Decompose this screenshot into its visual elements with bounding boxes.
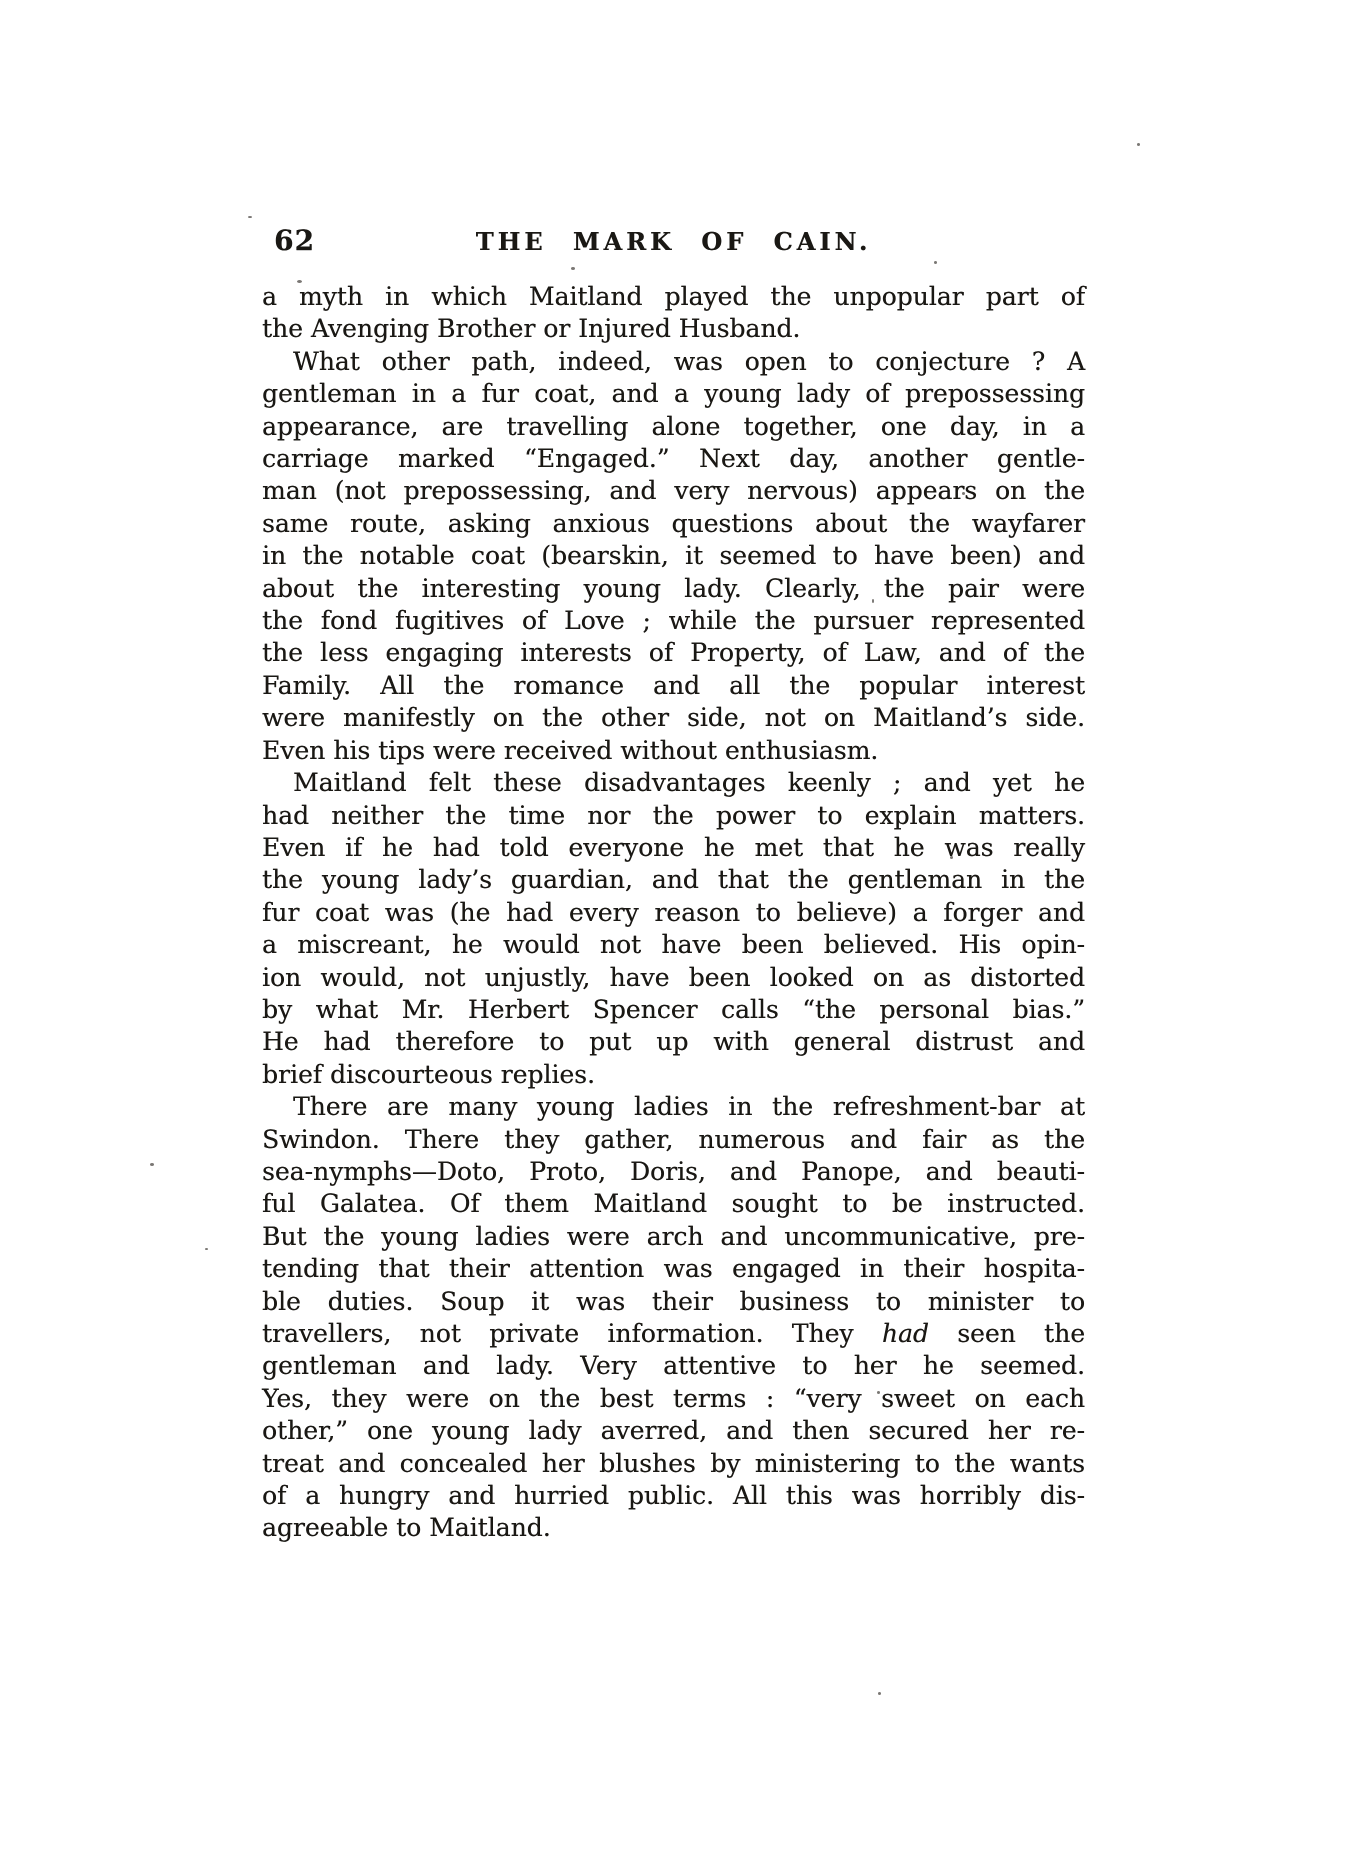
text-segment: same route, asking anxious questions abo… bbox=[262, 509, 1085, 538]
text-line: travellers, not private information. The… bbox=[262, 1318, 1085, 1350]
text-segment: treat and concealed her blushes by minis… bbox=[262, 1449, 1085, 1478]
scan-speck bbox=[205, 1248, 208, 1250]
text-segment: gentleman in a fur coat, and a young lad… bbox=[262, 379, 1085, 408]
text-segment: of a hungry and hurried public. All this… bbox=[262, 1481, 1085, 1510]
text-line: He had therefore to put up with general … bbox=[262, 1026, 1085, 1058]
text-line: had neither the time nor the power to ex… bbox=[262, 800, 1085, 832]
text-segment: Even his tips were received without enth… bbox=[262, 736, 878, 765]
text-line: But the young ladies were arch and uncom… bbox=[262, 1221, 1085, 1253]
paragraph: Maitland felt these disadvantages keenly… bbox=[262, 767, 1085, 1091]
text-segment: seen the bbox=[929, 1319, 1085, 1348]
text-line: in the notable coat (bearskin, it seemed… bbox=[262, 540, 1085, 572]
paragraph: What other path, indeed, was open to con… bbox=[262, 346, 1085, 767]
text-line: What other path, indeed, was open to con… bbox=[262, 346, 1085, 378]
text-segment: ion would, not unjustly, have been looke… bbox=[262, 963, 1085, 992]
text-line: Family. All the romance and all the popu… bbox=[262, 670, 1085, 702]
text-segment: ble duties. Soup it was their business t… bbox=[262, 1287, 1085, 1316]
text-segment: a miscreant, he would not have been beli… bbox=[262, 930, 1085, 959]
scan-speck bbox=[297, 280, 302, 283]
text-line: agreeable to Maitland. bbox=[262, 1512, 1085, 1544]
text-line: appearance, are travelling alone togethe… bbox=[262, 411, 1085, 443]
text-segment: agreeable to Maitland. bbox=[262, 1513, 551, 1542]
text-segment: He had therefore to put up with general … bbox=[262, 1027, 1085, 1056]
text-block: a myth in which Maitland played the unpo… bbox=[262, 281, 1085, 1545]
scan-speck bbox=[872, 599, 874, 603]
text-segment: appearance, are travelling alone togethe… bbox=[262, 412, 1085, 441]
text-segment: fur coat was (he had every reason to bel… bbox=[262, 898, 1085, 927]
text-line: about the interesting young lady. Clearl… bbox=[262, 573, 1085, 605]
text-line: other,” one young lady averred, and then… bbox=[262, 1415, 1085, 1447]
scan-speck bbox=[950, 856, 953, 859]
text-line: a myth in which Maitland played the unpo… bbox=[262, 281, 1085, 313]
text-line: of a hungry and hurried public. All this… bbox=[262, 1480, 1085, 1512]
page-header: 62 THE MARK OF CAIN. bbox=[262, 224, 1085, 262]
text-line: a miscreant, he would not have been beli… bbox=[262, 929, 1085, 961]
scan-speck bbox=[571, 267, 575, 270]
text-line: tending that their attention was engaged… bbox=[262, 1253, 1085, 1285]
text-segment: by what Mr. Herbert Spencer calls “the p… bbox=[262, 995, 1085, 1024]
text-line: the fond fugitives of Love ; while the p… bbox=[262, 605, 1085, 637]
text-line: the young lady’s guardian, and that the … bbox=[262, 864, 1085, 896]
text-line: ion would, not unjustly, have been looke… bbox=[262, 962, 1085, 994]
text-segment: There are many young ladies in the refre… bbox=[293, 1092, 1085, 1121]
text-segment: Even if he had told everyone he met that… bbox=[262, 833, 1085, 862]
text-line: by what Mr. Herbert Spencer calls “the p… bbox=[262, 994, 1085, 1026]
text-segment: other,” one young lady averred, and then… bbox=[262, 1416, 1085, 1445]
text-segment: about the interesting young lady. Clearl… bbox=[262, 574, 1085, 603]
paragraph: There are many young ladies in the refre… bbox=[262, 1091, 1085, 1545]
text-line: Yes, they were on the best terms : “very… bbox=[262, 1383, 1085, 1415]
text-segment: in the notable coat (bearskin, it seemed… bbox=[262, 541, 1085, 570]
text-segment: the young lady’s guardian, and that the … bbox=[262, 865, 1085, 894]
text-segment: sea-nymphs—Doto, Proto, Doris, and Panop… bbox=[262, 1157, 1085, 1186]
text-line: sea-nymphs—Doto, Proto, Doris, and Panop… bbox=[262, 1156, 1085, 1188]
text-segment: tending that their attention was engaged… bbox=[262, 1254, 1085, 1283]
text-line: carriage marked “Engaged.” Next day, ano… bbox=[262, 443, 1085, 475]
running-title: THE MARK OF CAIN. bbox=[262, 227, 1085, 256]
italic-text: had bbox=[882, 1319, 929, 1348]
text-line: the less engaging interests of Property,… bbox=[262, 637, 1085, 669]
text-line: the Avenging Brother or Injured Husband. bbox=[262, 313, 1085, 345]
text-line: gentleman in a fur coat, and a young lad… bbox=[262, 378, 1085, 410]
text-segment: But the young ladies were arch and uncom… bbox=[262, 1222, 1085, 1251]
text-segment: a myth in which Maitland played the unpo… bbox=[262, 282, 1085, 311]
scan-speck bbox=[248, 216, 252, 218]
text-line: Even his tips were received without enth… bbox=[262, 735, 1085, 767]
text-line: ful Galatea. Of them Maitland sought to … bbox=[262, 1188, 1085, 1220]
text-line: gentleman and lady. Very attentive to he… bbox=[262, 1350, 1085, 1382]
text-segment: Swindon. There they gather, numerous and… bbox=[262, 1125, 1085, 1154]
text-segment: the Avenging Brother or Injured Husband. bbox=[262, 314, 800, 343]
scan-speck bbox=[1137, 143, 1140, 146]
text-line: Even if he had told everyone he met that… bbox=[262, 832, 1085, 864]
scan-speck bbox=[962, 492, 965, 495]
text-line: brief discourteous replies. bbox=[262, 1059, 1085, 1091]
text-segment: ful Galatea. Of them Maitland sought to … bbox=[262, 1189, 1085, 1218]
text-segment: had neither the time nor the power to ex… bbox=[262, 801, 1085, 830]
scan-speck bbox=[934, 261, 937, 264]
text-line: Swindon. There they gather, numerous and… bbox=[262, 1124, 1085, 1156]
text-segment: man (not prepossessing, and very nervous… bbox=[262, 476, 1085, 505]
scan-speck bbox=[150, 1163, 154, 1166]
text-line: Maitland felt these disadvantages keenly… bbox=[262, 767, 1085, 799]
scan-speck bbox=[878, 1692, 881, 1695]
text-segment: Maitland felt these disadvantages keenly… bbox=[293, 768, 1085, 797]
book-page: 62 THE MARK OF CAIN. a myth in which Mai… bbox=[0, 0, 1354, 1851]
scan-speck bbox=[877, 1391, 880, 1394]
text-segment: the fond fugitives of Love ; while the p… bbox=[262, 606, 1085, 635]
text-segment: Yes, they were on the best terms : “very… bbox=[262, 1384, 1085, 1413]
text-line: fur coat was (he had every reason to bel… bbox=[262, 897, 1085, 929]
text-segment: travellers, not private information. The… bbox=[262, 1319, 882, 1348]
text-line: were manifestly on the other side, not o… bbox=[262, 702, 1085, 734]
text-segment: were manifestly on the other side, not o… bbox=[262, 703, 1085, 732]
text-segment: the less engaging interests of Property,… bbox=[262, 638, 1085, 667]
text-segment: carriage marked “Engaged.” Next day, ano… bbox=[262, 444, 1085, 473]
paragraph: a myth in which Maitland played the unpo… bbox=[262, 281, 1085, 346]
text-line: There are many young ladies in the refre… bbox=[262, 1091, 1085, 1123]
text-segment: gentleman and lady. Very attentive to he… bbox=[262, 1351, 1085, 1380]
text-segment: What other path, indeed, was open to con… bbox=[293, 347, 1085, 376]
scan-speck bbox=[936, 812, 939, 815]
text-line: same route, asking anxious questions abo… bbox=[262, 508, 1085, 540]
text-segment: Family. All the romance and all the popu… bbox=[262, 671, 1085, 700]
text-line: treat and concealed her blushes by minis… bbox=[262, 1448, 1085, 1480]
text-segment: brief discourteous replies. bbox=[262, 1060, 595, 1089]
text-line: ble duties. Soup it was their business t… bbox=[262, 1286, 1085, 1318]
